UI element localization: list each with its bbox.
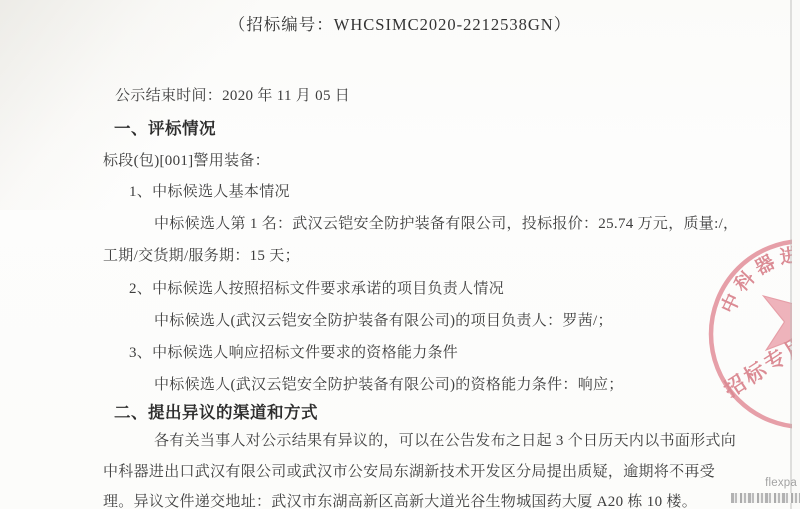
flexpaper-watermark-text: flexpa — [765, 477, 797, 489]
company-seal-stamp: 中科器进出口武汉 招标专用章 — [694, 224, 800, 444]
item1-detail-line2: 工期/交货期/服务期：15 天； — [103, 244, 300, 265]
section2-heading: 二、提出异议的渠道和方式 — [114, 399, 318, 423]
publicity-end-line: 公示结束时间：2020 年 11 月 05 日 — [115, 84, 350, 105]
tender-number-line: （招标编号：WHCSIMC2020-2212538GN） — [0, 11, 800, 35]
page-right-margin — [792, 0, 800, 509]
objection-para-line1: 各有关当事人对公示结果有异议的，可以在公告发布之日起 3 个日历天内以书面形式向 — [154, 429, 736, 450]
lot-line: 标段(包)[001]警用装备： — [103, 149, 270, 170]
objection-para-line2: 中科器进出口武汉有限公司或武汉市公安局东湖新技术开发区分局提出质疑，逾期将不再受 — [103, 460, 715, 481]
item3-detail-line1: 中标候选人(武汉云铠安全防护装备有限公司)的资格能力条件：响应； — [154, 373, 624, 394]
item2-detail-line1: 中标候选人(武汉云铠安全防护装备有限公司)的项目负责人：罗茜/； — [154, 309, 613, 330]
redacted-watermark-bar — [731, 493, 800, 503]
item1-detail-line1: 中标候选人第 1 名：武汉云铠安全防护装备有限公司，投标报价：25.74 万元，… — [154, 212, 738, 233]
page-edge-line — [790, 0, 792, 509]
section1-heading: 一、评标情况 — [114, 115, 216, 139]
objection-para-line3: 理。异议文件递交地址：武汉市东湖高新区高新大道光谷生物城国药大厦 A20 栋 1… — [103, 490, 697, 509]
item1-heading: 1、中标候选人基本情况 — [129, 180, 290, 201]
item2-heading: 2、中标候选人按照招标文件要求承诺的项目负责人情况 — [129, 277, 504, 298]
item3-heading: 3、中标候选人响应招标文件要求的资格能力条件 — [129, 341, 458, 362]
